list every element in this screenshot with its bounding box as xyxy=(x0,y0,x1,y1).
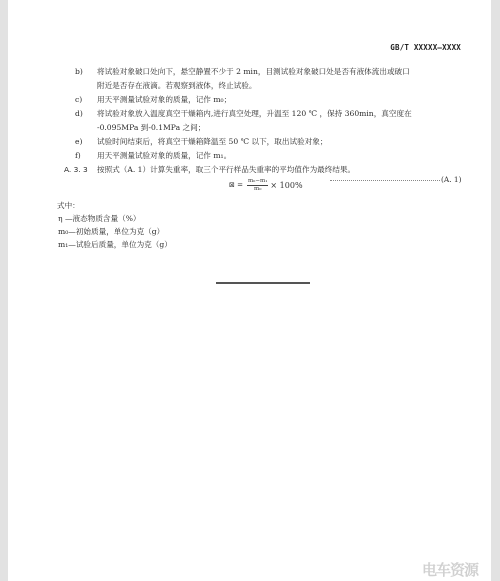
formula-lhs: ⊠ = xyxy=(229,181,243,189)
where-item-m1: m₁—试验后质量，单位为克（g） xyxy=(58,240,172,250)
end-of-document-rule xyxy=(216,282,310,284)
step-c-marker: c) xyxy=(75,95,82,105)
formula-a1: ⊠ = m₀−m₁ m₀ × 100% xyxy=(229,174,303,196)
step-f-line-1: 用天平测量试验对象的质量，记作 m₁。 xyxy=(97,151,231,161)
section-text: 按照式（A. 1）计算失重率，取三个平行样品失重率的平均值作为最终结果。 xyxy=(97,165,355,175)
watermark-logo: 电车资源 xyxy=(422,559,478,580)
step-e-marker: e) xyxy=(75,137,82,147)
section-number: A. 3. 3 xyxy=(64,165,88,175)
formula-rhs: × 100% xyxy=(270,181,302,190)
step-c-line-1: 用天平测量试验对象的质量，记作 m₀； xyxy=(97,95,231,105)
step-b-line-2: 附近是否存在液滴。若观察到液体，终止试验。 xyxy=(97,81,256,91)
viewer-right-scrollbar[interactable] xyxy=(491,0,500,581)
formula-leader-dots xyxy=(330,180,440,182)
where-item-m0: m₀—初始质量，单位为克（g） xyxy=(58,227,164,237)
step-b-line-1: 将试验对象破口处向下，悬空静置不少于 2 min，目测试验对象破口处是否有液体流… xyxy=(97,67,410,77)
where-title: 式中： xyxy=(57,201,80,211)
formula-denominator: m₀ xyxy=(254,186,261,193)
step-f-marker: f) xyxy=(75,151,81,161)
equation-number: (A. 1) xyxy=(441,175,462,184)
where-item-eta: η —液态物质含量（%） xyxy=(58,214,141,224)
step-e-line-1: 试验时间结束后，将真空干燥箱降温至 50 ℃ 以下，取出试验对象； xyxy=(97,137,327,147)
step-b-marker: b) xyxy=(75,67,83,77)
document-page: GB/T XXXXX—XXXX b) 将试验对象破口处向下，悬空静置不少于 2 … xyxy=(8,0,491,581)
step-d-marker: d) xyxy=(75,109,83,119)
step-d-line-1: 将试验对象放入温度真空干燥箱内,进行真空处理，升温至 120 ℃ ，保持 360… xyxy=(97,109,412,119)
formula-numerator: m₀−m₁ xyxy=(247,178,268,186)
formula-fraction: m₀−m₁ m₀ xyxy=(247,178,268,193)
viewer-left-margin xyxy=(0,0,8,581)
step-d-line-2: -0.095MPa 到-0.1MPa 之间； xyxy=(97,123,205,133)
standard-code-header: GB/T XXXXX—XXXX xyxy=(390,43,461,52)
